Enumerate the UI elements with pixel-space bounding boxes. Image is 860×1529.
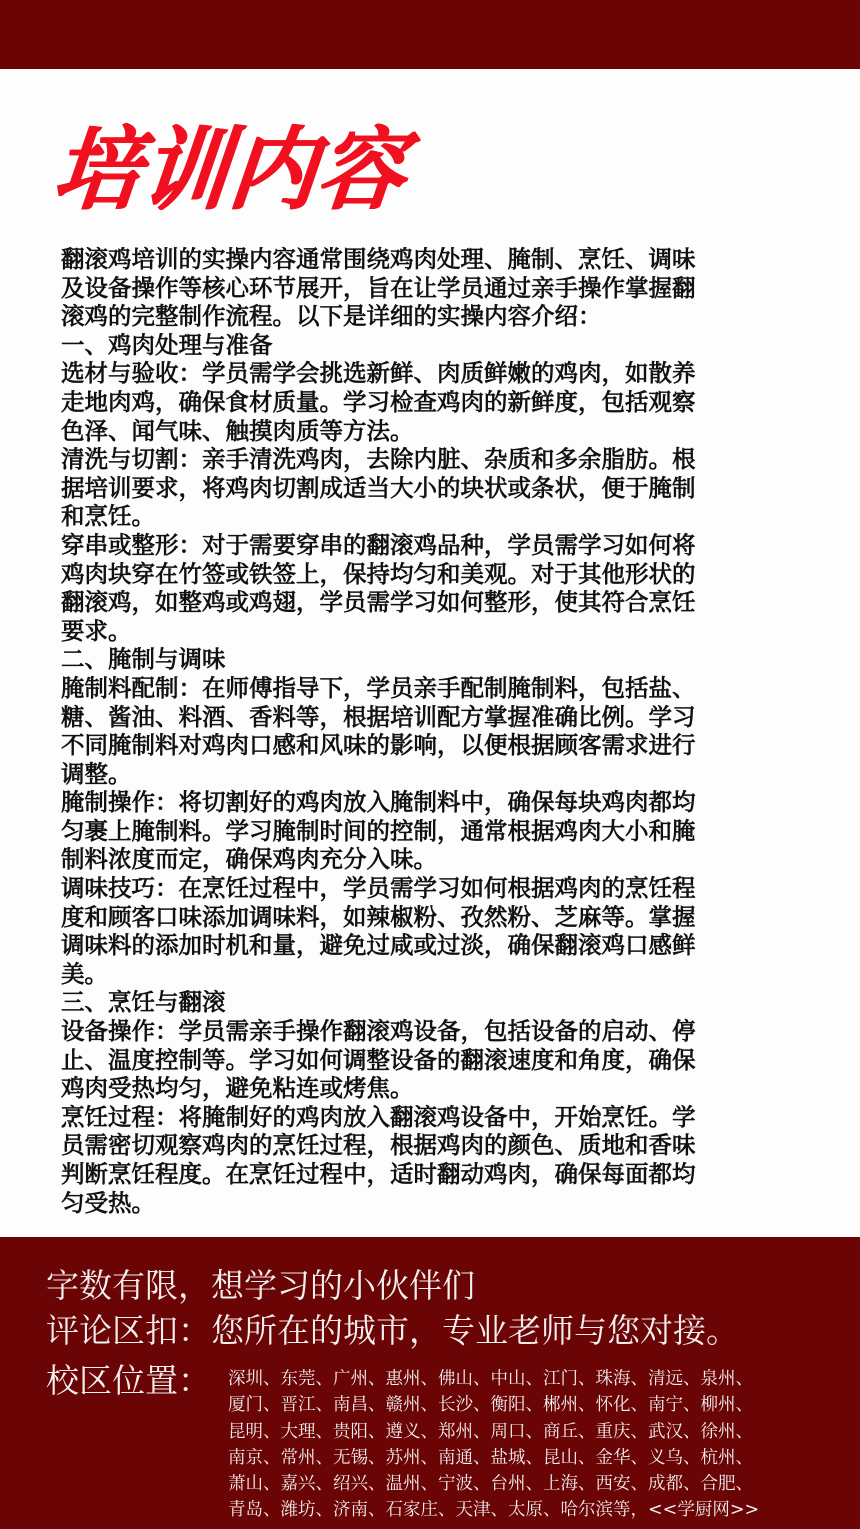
content-line: 翻滚鸡，如整鸡或鸡翅，学员需学习如何整形，使其符合烹饪 bbox=[61, 588, 801, 617]
content-line: 要求。 bbox=[61, 617, 801, 646]
campus-label: 校区位置： bbox=[46, 1361, 211, 1401]
section-heading: 三、烹饪与翻滚 bbox=[61, 988, 801, 1017]
city-line: 深圳、东莞、广州、惠州、佛山、中山、江门、珠海、清远、泉州、 bbox=[228, 1366, 828, 1392]
content-line: 判断烹饪程度。在烹饪过程中，适时翻动鸡肉，确保每面都均 bbox=[61, 1160, 801, 1189]
content-line: 美。 bbox=[61, 960, 801, 989]
content-line: 色泽、闻气味、触摸肉质等方法。 bbox=[61, 417, 801, 446]
content-line: 鸡肉块穿在竹签或铁签上，保持均匀和美观。对于其他形状的 bbox=[61, 560, 801, 589]
content-line: 员需密切观察鸡肉的烹饪过程，根据鸡肉的颜色、质地和香味 bbox=[61, 1131, 801, 1160]
training-content-body: 翻滚鸡培训的实操内容通常围绕鸡肉处理、腌制、烹饪、调味 及设备操作等核心环节展开… bbox=[61, 245, 801, 1217]
content-line: 调整。 bbox=[61, 760, 801, 789]
content-line: 不同腌制料对鸡肉口感和风味的影响，以便根据顾客需求进行 bbox=[61, 731, 801, 760]
top-banner bbox=[0, 0, 860, 69]
city-line: 青岛、潍坊、济南、石家庄、天津、太原、哈尔滨等，<<学厨网>> bbox=[228, 1497, 828, 1523]
content-line: 度和顾客口味添加调味料，如辣椒粉、孜然粉、芝麻等。掌握 bbox=[61, 903, 801, 932]
content-line: 调味技巧：在烹饪过程中，学员需学习如何根据鸡肉的烹饪程 bbox=[61, 874, 801, 903]
city-line: 南京、常州、无锡、苏州、南通、盐城、昆山、金华、义乌、杭州、 bbox=[228, 1445, 828, 1471]
content-line: 清洗与切割：亲手清洗鸡肉，去除内脏、杂质和多余脂肪。根 bbox=[61, 445, 801, 474]
content-line: 止、温度控制等。学习如何调整设备的翻滚速度和角度，确保 bbox=[61, 1046, 801, 1075]
section-heading: 一、鸡肉处理与准备 bbox=[61, 331, 801, 360]
footer-line-limit: 字数有限，想学习的小伙伴们 bbox=[46, 1266, 475, 1306]
section-heading: 二、腌制与调味 bbox=[61, 645, 801, 674]
content-line: 匀受热。 bbox=[61, 1189, 801, 1218]
city-line: 厦门、晋江、南昌、赣州、长沙、衡阳、郴州、怀化、南宁、柳州、 bbox=[228, 1392, 828, 1418]
content-line: 腌制操作：将切割好的鸡肉放入腌制料中，确保每块鸡肉都均 bbox=[61, 788, 801, 817]
content-line: 设备操作：学员需亲手操作翻滚鸡设备，包括设备的启动、停 bbox=[61, 1017, 801, 1046]
content-line: 鸡肉受热均匀，避免粘连或烤焦。 bbox=[61, 1074, 801, 1103]
footer-banner: 字数有限，想学习的小伙伴们 评论区扣：您所在的城市，专业老师与您对接。 校区位置… bbox=[0, 1237, 860, 1529]
city-line: 萧山、嘉兴、绍兴、温州、宁波、台州、上海、西安、成都、合肥、 bbox=[228, 1471, 828, 1497]
content-line: 滚鸡的完整制作流程。以下是详细的实操内容介绍： bbox=[61, 302, 801, 331]
content-line: 据培训要求，将鸡肉切割成适当大小的块状或条状，便于腌制 bbox=[61, 474, 801, 503]
footer-line-comment: 评论区扣：您所在的城市，专业老师与您对接。 bbox=[46, 1311, 739, 1351]
content-line: 烹饪过程：将腌制好的鸡肉放入翻滚鸡设备中，开始烹饪。学 bbox=[61, 1103, 801, 1132]
content-line: 腌制料配制：在师傅指导下，学员亲手配制腌制料，包括盐、 bbox=[61, 674, 801, 703]
page-title: 培训内容 bbox=[49, 118, 412, 223]
content-line: 和烹饪。 bbox=[61, 502, 801, 531]
campus-city-list: 深圳、东莞、广州、惠州、佛山、中山、江门、珠海、清远、泉州、 厦门、晋江、南昌、… bbox=[228, 1366, 828, 1524]
city-line: 昆明、大理、贵阳、遵义、郑州、周口、商丘、重庆、武汉、徐州、 bbox=[228, 1419, 828, 1445]
content-line: 选材与验收：学员需学会挑选新鲜、肉质鲜嫩的鸡肉，如散养 bbox=[61, 359, 801, 388]
content-line: 走地肉鸡，确保食材质量。学习检查鸡肉的新鲜度，包括观察 bbox=[61, 388, 801, 417]
content-line: 及设备操作等核心环节展开，旨在让学员通过亲手操作掌握翻 bbox=[61, 274, 801, 303]
content-line: 匀裹上腌制料。学习腌制时间的控制，通常根据鸡肉大小和腌 bbox=[61, 817, 801, 846]
content-line: 穿串或整形：对于需要穿串的翻滚鸡品种，学员需学习如何将 bbox=[61, 531, 801, 560]
content-line: 翻滚鸡培训的实操内容通常围绕鸡肉处理、腌制、烹饪、调味 bbox=[61, 245, 801, 274]
content-line: 制料浓度而定，确保鸡肉充分入味。 bbox=[61, 845, 801, 874]
content-line: 调味料的添加时机和量，避免过咸或过淡，确保翻滚鸡口感鲜 bbox=[61, 931, 801, 960]
content-line: 糖、酱油、料酒、香料等，根据培训配方掌握准确比例。学习 bbox=[61, 703, 801, 732]
